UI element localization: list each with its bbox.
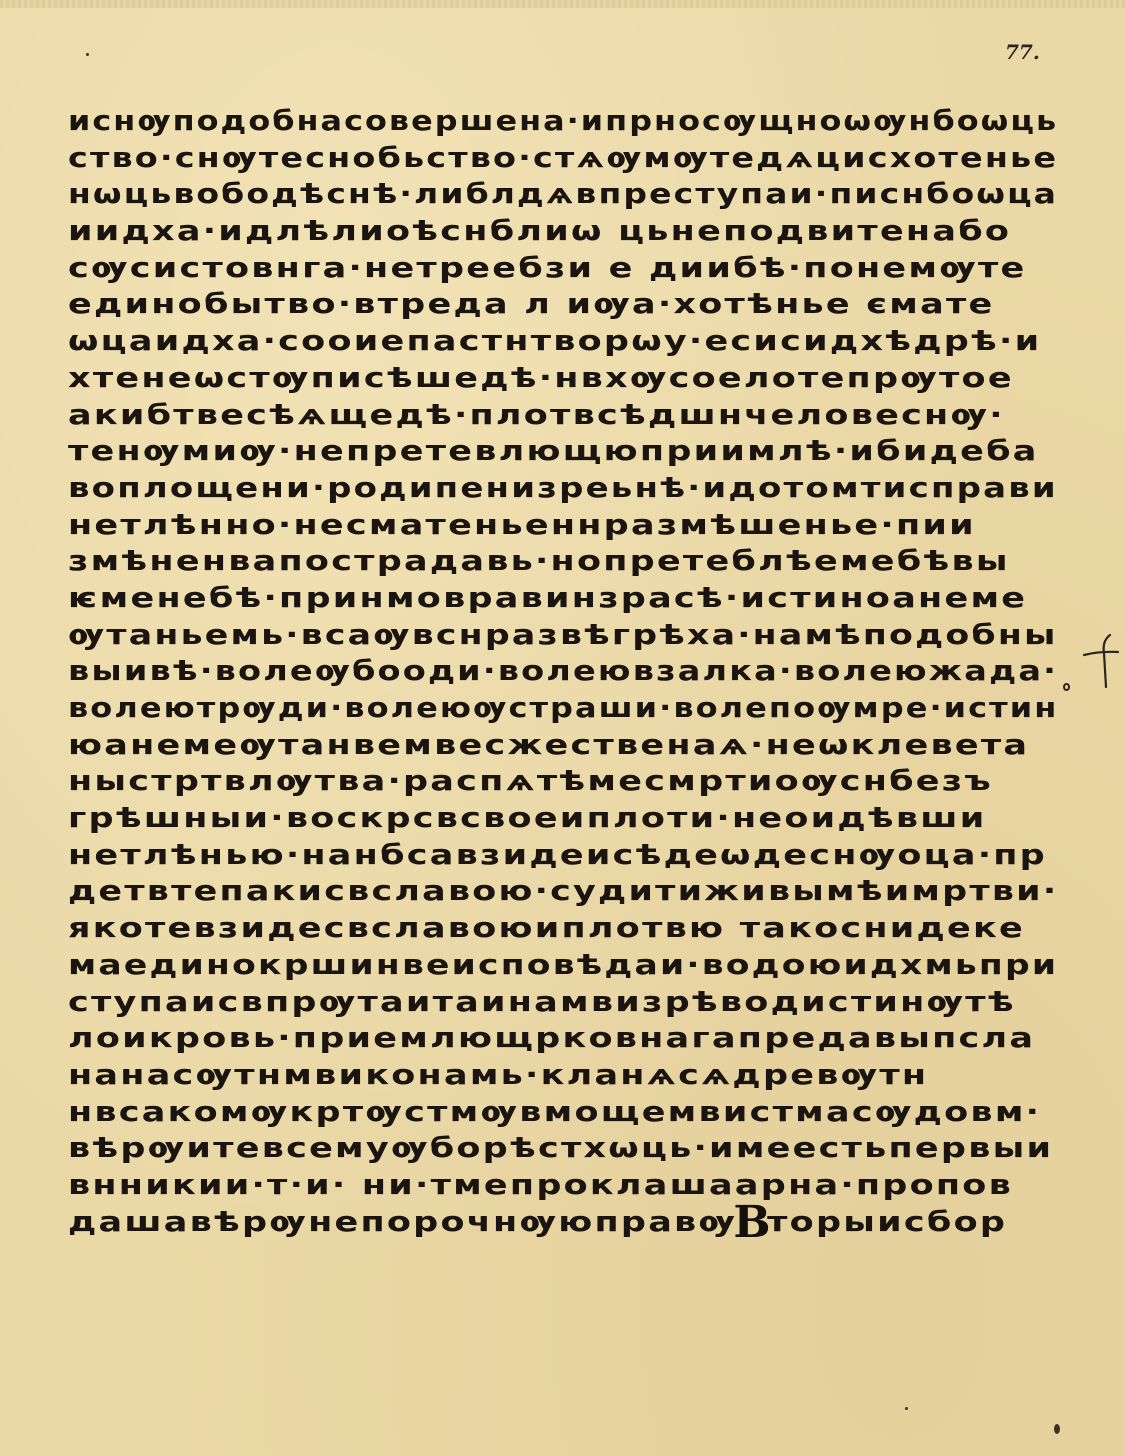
manuscript-line: ступаисвпрѹтаитаинамвизрѣводистинѹтѣ [68, 984, 1058, 1021]
manuscript-line-text: волеютрѹди·волеюѹстраши·волепоѹмре·истин [68, 690, 1058, 727]
margin-dot-mark [1063, 683, 1070, 691]
manuscript-line: дашавѣрѹнепорочнѹюправѹ· торыисбор [68, 1204, 1058, 1241]
manuscript-line-text: внникии·т·и· ни·тмепроклашаарна·пропов [68, 1167, 1013, 1204]
manuscript-line-text: нетлѣнно·несматеньеннразмѣшенье·пии [68, 507, 976, 544]
margin-cross-icon [1080, 633, 1120, 689]
manuscript-line: нѡцьвободѣснѣ·либлдѧвпреступаи·писнбоѡца [68, 176, 1058, 213]
manuscript-line: нанасѹтнмвиконамь·кланѧсѧдревѹтн [68, 1057, 1058, 1094]
manuscript-line: нвсакомѹкртѹстмѹвмощемвистмасѹдовм· [68, 1094, 1058, 1131]
manuscript-line: ѡцаидха·сооиепастнтворѡу·есисидхѣдрѣ·и [68, 323, 1058, 360]
manuscript-line: ѹтаньемь·всаѹвснразвѣгрѣха·намѣподобны [68, 617, 1058, 654]
manuscript-line: хтенеѡстѹписѣшедѣ·нвхѹсоелотепрѹтое [68, 360, 1058, 397]
manuscript-line-text: тенѹмиѹ·непретевлющюприимлѣ·ибидеба [68, 433, 1039, 470]
manuscript-line-text: нанасѹтнмвиконамь·кланѧсѧдревѹтн [68, 1057, 928, 1094]
manuscript-line-text: грѣшныи·воскрсвсвоеиплоти·неоидѣвши [68, 800, 986, 837]
manuscript-line-text: дашавѣрѹнепорочнѹюправѹ· торыисбор [68, 1204, 1007, 1241]
manuscript-line: волеютрѹди·волеюѹстраши·волепоѹмре·истин [68, 690, 1058, 727]
manuscript-line: сѹсистовнга·нетреебзи е диибѣ·понемѹте [68, 250, 1058, 287]
manuscript-line: змѣненвапострадавь·нопретеблѣемебѣвы [68, 543, 1058, 580]
manuscript-line: тенѹмиѹ·непретевлющюприимлѣ·ибидеба [68, 433, 1058, 470]
manuscript-line: грѣшныи·воскрсвсвоеиплоти·неоидѣвши [68, 800, 1058, 837]
decorated-initial-letter: В [733, 1200, 771, 1246]
manuscript-line-text: ступаисвпрѹтаитаинамвизрѣводистинѹтѣ [68, 984, 1016, 1021]
page-number: 77. [1005, 40, 1040, 64]
manuscript-line-text: вѣрѹитевсемуѹборѣстхѡць·имеестьпервыи [68, 1130, 1053, 1167]
manuscript-line: выивѣ·волеѹбооди·волеювзалка·волеюжада· [68, 653, 1058, 690]
ink-speck [905, 1407, 908, 1410]
manuscript-line-text: иснѹподобнасовершена·ипрносѹщноѡѹнбоѡць [68, 103, 1058, 140]
manuscript-line: иидха·идлѣлиоѣснблиѡ цьнеподвитенабо [68, 213, 1058, 250]
manuscript-line-text: сѹсистовнга·нетреебзи е диибѣ·понемѹте [68, 250, 1027, 287]
manuscript-line-text: иидха·идлѣлиоѣснблиѡ цьнеподвитенабо [68, 213, 1011, 250]
manuscript-text-block: иснѹподобнасовершена·ипрносѹщноѡѹнбоѡцьс… [68, 103, 1058, 1240]
manuscript-line: вѣрѹитевсемуѹборѣстхѡць·имеестьпервыи [68, 1130, 1058, 1167]
manuscript-line: акибтвесѣѧщедѣ·плотвсѣдшнчеловеснѹ· [68, 397, 1058, 434]
manuscript-line-text: нетлѣнью·нанбсавзидеисѣдеѡдеснѹоца·пр [68, 837, 1047, 874]
manuscript-line-text: змѣненвапострадавь·нопретеблѣемебѣвы [68, 543, 1010, 580]
manuscript-line: воплощени·родипенизреьнѣ·идотомтисправи [68, 470, 1058, 507]
manuscript-line-text: детвтепакисвславою·судитиживымѣимртви· [68, 873, 1058, 910]
manuscript-line: ныстртвлѹтва·распѧтѣмесмртиоѹснбезъ [68, 763, 1058, 800]
manuscript-line-text: ѥменебѣ·принмовравинзрасѣ·истиноанеме [68, 580, 1027, 617]
manuscript-line: иснѹподобнасовершена·ипрносѹщноѡѹнбоѡць [68, 103, 1058, 140]
manuscript-line-text: хтенеѡстѹписѣшедѣ·нвхѹсоелотепрѹтое [68, 360, 1014, 397]
manuscript-line-text: лоикровь·приемлющрковнагапредавыпсла [68, 1020, 1035, 1057]
manuscript-line-text: ѹтаньемь·всаѹвснразвѣгрѣха·намѣподобны [68, 617, 1058, 654]
manuscript-line-text: якотевзидесвславоюиплотвю такоснидеке [68, 910, 1025, 947]
manuscript-line: юанемеѹтанвемвесжественаѧ·неѡклевета [68, 727, 1058, 764]
manuscript-line-text: нѡцьвободѣснѣ·либлдѧвпреступаи·писнбоѡца [68, 176, 1058, 213]
manuscript-line: единобытво·втреда л иѹа·хотѣнье ємате [68, 286, 1058, 323]
manuscript-line-text: ныстртвлѹтва·распѧтѣмесмртиоѹснбезъ [68, 763, 993, 800]
manuscript-line-text: воплощени·родипенизреьнѣ·идотомтисправи [68, 470, 1058, 507]
page-top-edge [0, 0, 1125, 8]
ink-speck [1054, 1424, 1060, 1434]
manuscript-line-text: акибтвесѣѧщедѣ·плотвсѣдшнчеловеснѹ· [68, 397, 1005, 434]
manuscript-line-text: единобытво·втреда л иѹа·хотѣнье ємате [68, 286, 994, 323]
ink-speck [86, 53, 89, 56]
manuscript-line-text: нвсакомѹкртѹстмѹвмощемвистмасѹдовм· [68, 1094, 1041, 1131]
manuscript-line: нетлѣнью·нанбсавзидеисѣдеѡдеснѹоца·пр [68, 837, 1058, 874]
manuscript-line-text: ѡцаидха·сооиепастнтворѡу·есисидхѣдрѣ·и [68, 323, 1041, 360]
manuscript-line: нетлѣнно·несматеньеннразмѣшенье·пии [68, 507, 1058, 544]
manuscript-line-text: юанемеѹтанвемвесжественаѧ·неѡклевета [68, 727, 1029, 764]
manuscript-line: внникии·т·и· ни·тмепроклашаарна·пропов [68, 1167, 1058, 1204]
manuscript-line: ѥменебѣ·принмовравинзрасѣ·истиноанеме [68, 580, 1058, 617]
manuscript-line: маединокршинвеисповѣдаи·водоюидхмьпри [68, 947, 1058, 984]
manuscript-line-text: выивѣ·волеѹбооди·волеювзалка·волеюжада· [68, 653, 1058, 690]
manuscript-line: лоикровь·приемлющрковнагапредавыпсла [68, 1020, 1058, 1057]
manuscript-line: якотевзидесвславоюиплотвю такоснидеке [68, 910, 1058, 947]
manuscript-line: детвтепакисвславою·судитиживымѣимртви· [68, 873, 1058, 910]
manuscript-line-text: ство·снѹтеснобьство·стѧѹмѹтедѧцисхотенье [68, 140, 1058, 177]
manuscript-line-text: маединокршинвеисповѣдаи·водоюидхмьпри [68, 947, 1058, 984]
manuscript-line: ство·снѹтеснобьство·стѧѹмѹтедѧцисхотенье [68, 140, 1058, 177]
